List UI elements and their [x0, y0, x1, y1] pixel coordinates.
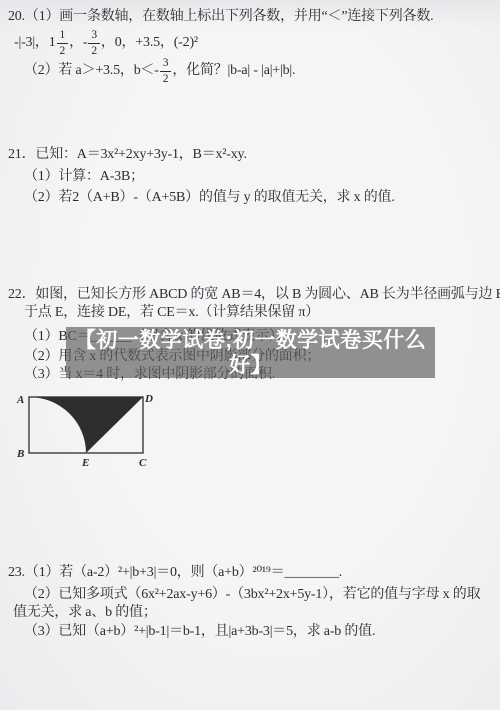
- point-label-E: E: [81, 457, 89, 469]
- fraction-numerator: 3: [160, 57, 172, 71]
- vertex-label-A: A: [16, 394, 24, 406]
- problem-20-numbers-line: -|-3|，1 1 2 ，- 3 2 ，0，+3.5，(-2)²: [14, 30, 198, 56]
- problem-21-part-2: （2）若2（A+B）-（A+5B）的值与 y 的取值无关，求 x 的值.: [24, 190, 395, 206]
- problem-20-line-1: 20.（1）画一条数轴，在数轴上标出下列各数，并用“＜”连接下列各数.: [8, 9, 433, 25]
- shaded-region: [29, 397, 143, 453]
- fraction-three-halves: 3 2: [88, 29, 100, 56]
- figure-rectangle-shaded-region: A D B E C: [10, 386, 160, 471]
- problem-23-part-3: （3）已知（a+b）²+|b-1|＝b-1，且|a+3b-3|＝5，求 a-b …: [24, 624, 375, 640]
- problem-22-line-1: 22．如图，已知长方形 ABCD 的宽 AB＝4，以 B 为圆心、AB 长为半径…: [8, 287, 500, 303]
- fraction-denominator: 2: [163, 72, 169, 85]
- exam-sheet: 20.（1）画一条数轴，在数轴上标出下列各数，并用“＜”连接下列各数. -|-3…: [0, 0, 500, 710]
- problem-23-part-1: 23.（1）若（a-2）²+|b+3|＝0，则（a+b）²⁰¹⁹＝_______…: [8, 565, 342, 581]
- problem-21-line-1: 21．已知：A＝3x²+2xy+3y-1，B＝x²-xy.: [8, 147, 247, 163]
- problem-20-numbers-seg-3: ，0，+3.5，(-2)²: [101, 35, 198, 51]
- vertex-label-B: B: [16, 448, 24, 460]
- problem-23-part-2-line-1: （2）已知多项式（6x²+2ax-y+6）-（3bx²+2x+5y-1），若它的…: [24, 587, 480, 603]
- fraction-numerator: 1: [57, 29, 69, 43]
- fraction-denominator: 2: [60, 44, 66, 57]
- problem-20-numbers-seg-2: ，-: [69, 35, 87, 51]
- problem-21-part-1: （1）计算：A-3B；: [24, 169, 144, 185]
- fraction-three-halves: 3 2: [160, 57, 172, 84]
- problem-20-part2-seg-2: ，化简？|b-a| - |a|+|b|.: [172, 63, 295, 79]
- watermark-overlay: 【初一数学试卷;初一数学试卷买什么 好】: [66, 327, 435, 378]
- problem-23-part-2-line-2: 值无关，求 a、b 的值；: [13, 605, 157, 621]
- vertex-label-D: D: [144, 393, 153, 405]
- watermark-text-line-2: 好】: [229, 353, 272, 378]
- watermark-text-line-1: 【初一数学试卷;初一数学试卷买什么: [75, 328, 427, 353]
- fraction-numerator: 3: [88, 29, 100, 43]
- problem-20-part2-seg-1: （2）若 a＞+3.5，b＜-: [24, 63, 159, 79]
- problem-20-line-3: （2）若 a＞+3.5，b＜- 3 2 ，化简？|b-a| - |a|+|b|.: [24, 58, 295, 84]
- exam-page: 20.（1）画一条数轴，在数轴上标出下列各数，并用“＜”连接下列各数. -|-3…: [0, 0, 500, 710]
- problem-22-line-2: 于点 E，连接 DE，若 CE＝x.（计算结果保留 π）: [24, 305, 319, 321]
- vertex-label-C: C: [139, 457, 147, 469]
- fraction-denominator: 2: [91, 44, 97, 57]
- problem-20-numbers-seg-1: -|-3|，1: [14, 35, 56, 51]
- fraction-one-half: 1 2: [57, 29, 69, 56]
